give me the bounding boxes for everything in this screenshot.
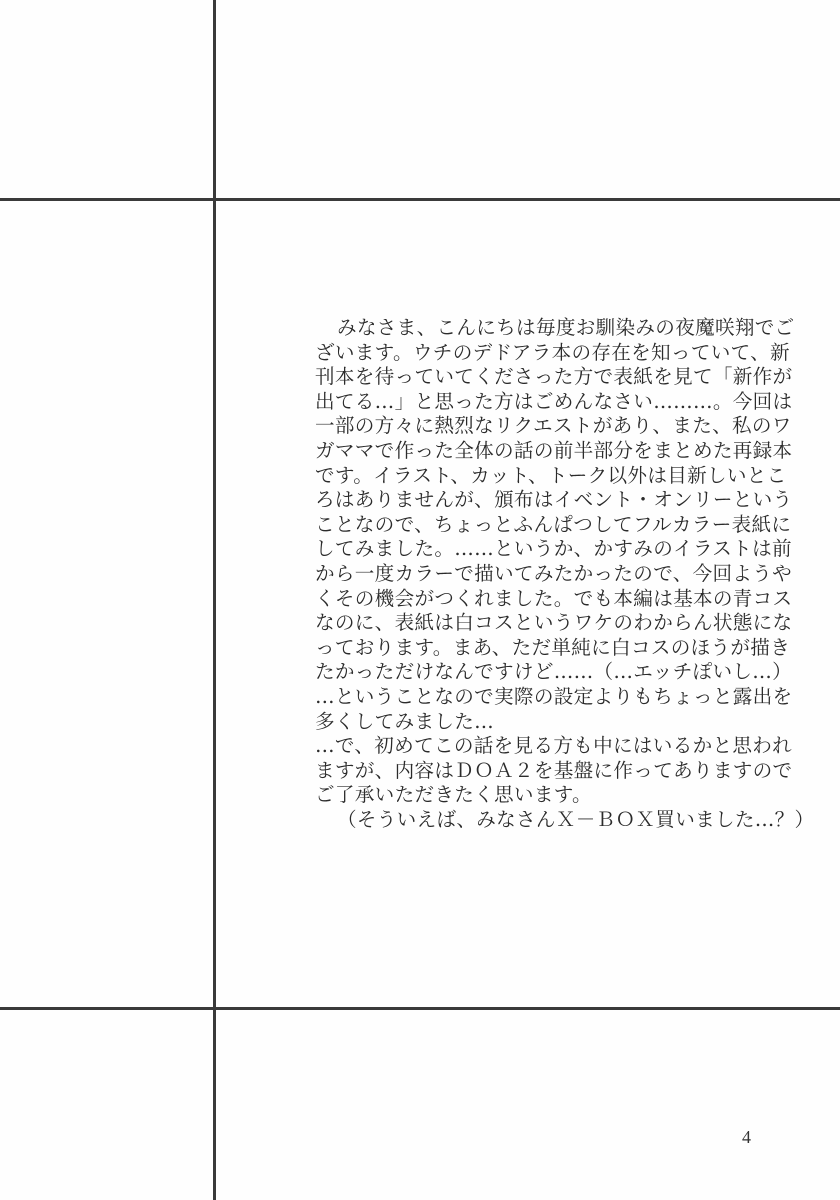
text-line: …で、初めてこの話を見る方も中にはいるかと思われ: [315, 734, 755, 759]
text-line: …ということなので実際の設定よりもちょっと露出を: [315, 685, 755, 710]
text-line: です。イラスト、カット、トーク以外は目新しいとこ: [315, 464, 755, 489]
text-line: なのに、表紙は白コスというワケのわからん状態にな: [315, 611, 755, 636]
text-line: たかっただけなんですけど……（…エッチぽいし…）: [315, 660, 755, 685]
text-line: ご了承いただきたく思います。: [315, 783, 755, 808]
text-line: 一部の方々に熱烈なリクエストがあり、また、私のワ: [315, 414, 755, 439]
text-line: ざいます。ウチのデドアラ本の存在を知っていて、新: [315, 341, 755, 366]
text-line: 多くしてみました…: [315, 710, 755, 735]
text-line: ガママで作った全体の話の前半部分をまとめた再録本: [315, 439, 755, 464]
text-line: っております。まあ、ただ単純に白コスのほうが描き: [315, 636, 755, 661]
vertical-panel-border: [213, 0, 216, 1200]
text-line: から一度カラーで描いてみたかったので、今回ようや: [315, 562, 755, 587]
afterword-text-block: みなさま、こんにちは毎度お馴染みの夜魔咲翔でご ざいます。ウチのデドアラ本の存在…: [315, 316, 755, 832]
bottom-horizontal-panel-border: [0, 1007, 840, 1010]
text-line: ろはありませんが、頒布はイベント・オンリーという: [315, 488, 755, 513]
text-line: （そういえば、みなさんＸ－ＢＯＸ買いました…？）: [315, 808, 755, 833]
text-line: ことなので、ちょっとふんぱつしてフルカラー表紙に: [315, 513, 755, 538]
text-line: 出てる…」と思った方はごめんなさい………。今回は: [315, 390, 755, 415]
text-line: くその機会がつくれました。でも本編は基本の青コス: [315, 587, 755, 612]
top-horizontal-panel-border: [0, 198, 840, 201]
page-number: 4: [742, 1127, 751, 1148]
text-line: ますが、内容はＤＯＡ２を基盤に作ってありますので: [315, 759, 755, 784]
text-line: みなさま、こんにちは毎度お馴染みの夜魔咲翔でご: [315, 316, 755, 341]
manga-page: みなさま、こんにちは毎度お馴染みの夜魔咲翔でご ざいます。ウチのデドアラ本の存在…: [0, 0, 840, 1200]
text-line: してみました。……というか、かすみのイラストは前: [315, 537, 755, 562]
text-line: 刊本を待っていてくださった方で表紙を見て「新作が: [315, 365, 755, 390]
